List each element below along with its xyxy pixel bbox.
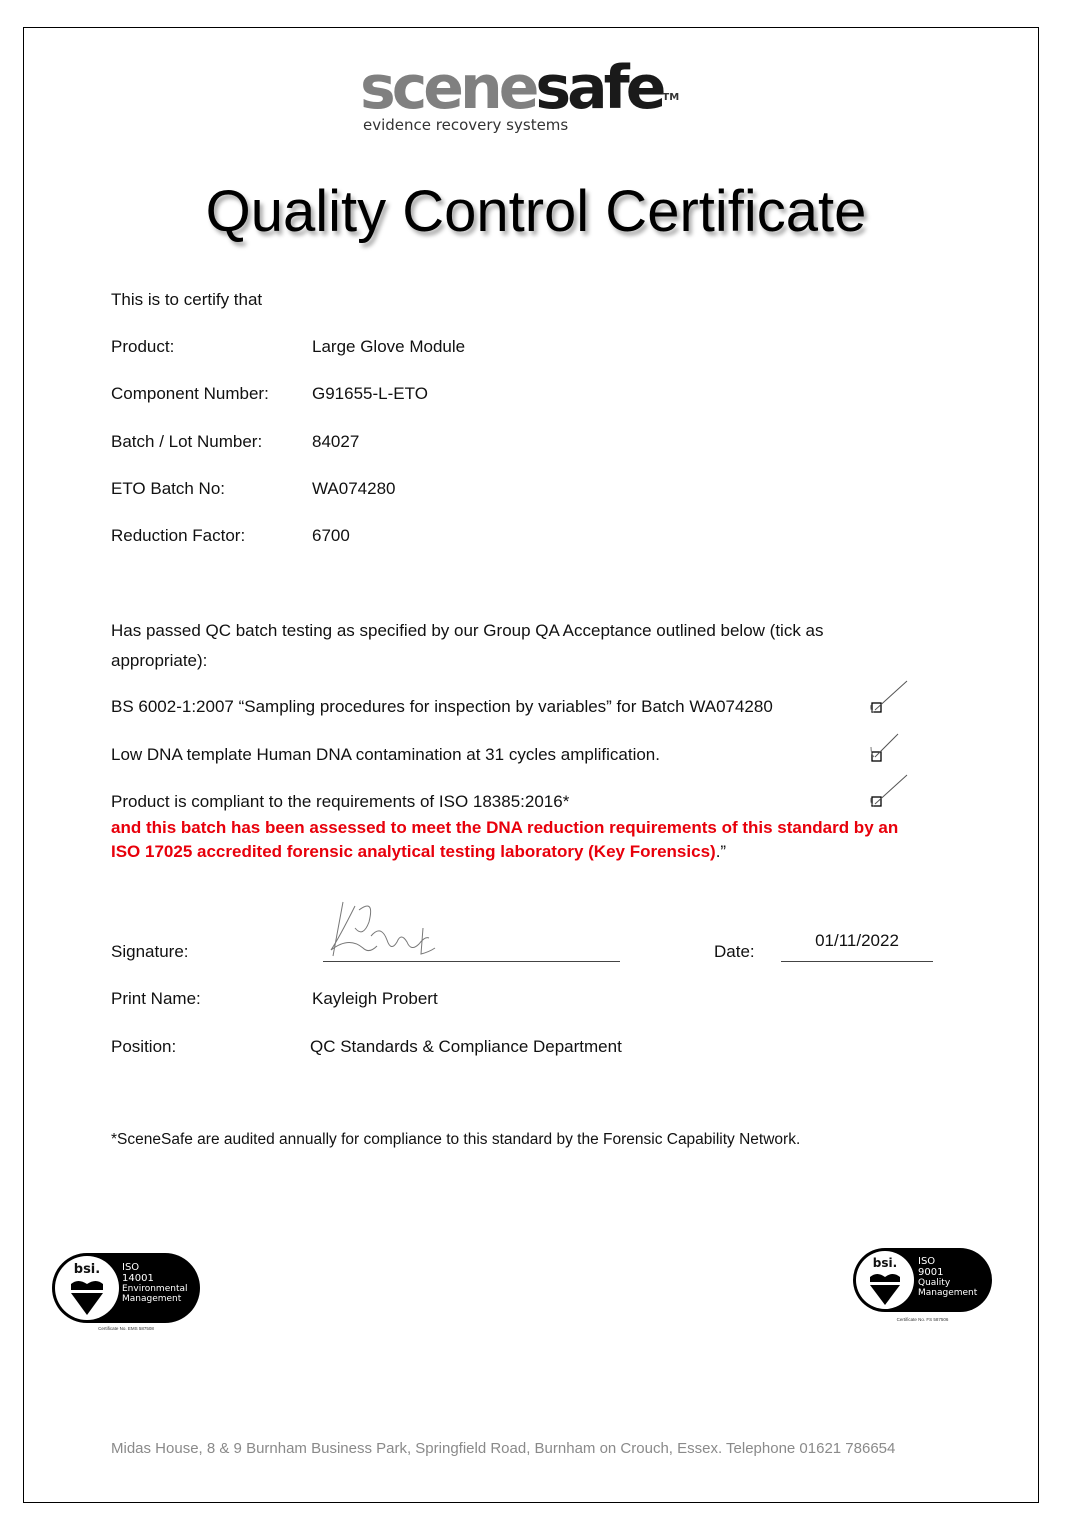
bsi-heart-icon [868,1271,902,1307]
position-label: Position: [111,1037,176,1057]
field-value-reduction-factor: 6700 [312,526,350,546]
checkbox-low-dna[interactable] [868,730,928,770]
scenesafe-logo: scenesafeTM evidence recovery systems [360,58,705,138]
signature-label: Signature: [111,942,189,962]
intro-text: This is to certify that [111,290,262,310]
check-text-bs6002: BS 6002-1:2007 “Sampling procedures for … [111,697,773,717]
check-text-iso18385: Product is compliant to the requirements… [111,792,569,812]
signature-line [323,960,620,962]
bsi-brand: bsi. [856,1256,914,1270]
iso-note-line2: ISO 17025 accredited forensic analytical… [111,842,716,861]
date-label: Date: [714,942,755,962]
footer-address: Midas House, 8 & 9 Burnham Business Park… [111,1439,895,1459]
check-text-low-dna: Low DNA template Human DNA contamination… [111,745,660,765]
checkbox-iso18385[interactable] [868,772,928,812]
checkbox-bs6002[interactable] [868,680,928,720]
badge-standard-number: 9001 [918,1267,977,1278]
badge-subcategory: Management [122,1294,187,1304]
logo-scene-text: scene [360,53,535,123]
badge-subcategory: Management [918,1288,977,1298]
iso-note-suffix: .” [716,842,726,861]
field-label-batch-lot: Batch / Lot Number: [111,432,262,452]
date-line [781,960,933,962]
badge-circle: bsi. [55,1256,119,1320]
checkmark-icon [868,772,928,812]
passed-text-line1: Has passed QC batch testing as specified… [111,621,824,641]
badge-iso-label: ISO [918,1256,977,1267]
checkmark-icon [868,680,928,720]
page-title: Quality Control Certificate [0,178,1072,246]
badge-category: Environmental [122,1284,187,1294]
field-value-product: Large Glove Module [312,337,465,357]
audit-note: *SceneSafe are audited annually for comp… [111,1130,800,1150]
iso-note-line1: and this batch has been assessed to meet… [111,818,898,838]
badge-category: Quality [918,1278,977,1288]
field-value-batch-lot: 84027 [312,432,359,452]
field-label-product: Product: [111,337,174,357]
passed-text-line2: appropriate): [111,651,207,671]
badge-text: ISO 14001 Environmental Management [122,1262,187,1304]
field-value-eto-batch: WA074280 [312,479,395,499]
logo-safe-text: safe [535,53,662,123]
logo-trademark: TM [662,92,679,103]
position-value: QC Standards & Compliance Department [310,1037,622,1057]
badge-text: ISO 9001 Quality Management [918,1256,977,1298]
field-value-component-number: G91655-L-ETO [312,384,428,404]
badge-iso-label: ISO [122,1262,187,1273]
iso-note-line2-wrapper: ISO 17025 accredited forensic analytical… [111,842,726,862]
badge-circle: bsi. [856,1251,914,1309]
print-name-value: Kayleigh Probert [312,989,438,1009]
badge-standard-number: 14001 [122,1273,187,1284]
date-value: 01/11/2022 [781,931,933,951]
print-name-label: Print Name: [111,989,201,1009]
checkmark-icon [868,730,928,770]
field-label-component-number: Component Number: [111,384,269,404]
field-label-eto-batch: ETO Batch No: [111,479,225,499]
field-label-reduction-factor: Reduction Factor: [111,526,245,546]
bsi-iso9001-badge: bsi. ISO 9001 Quality Management Certifi… [853,1248,1003,1320]
signature-image [325,898,445,960]
bsi-iso14001-badge: bsi. ISO 14001 Environmental Management … [52,1253,202,1325]
bsi-heart-icon [69,1278,105,1316]
badge-certificate-number: Certificate No. EMS 587508 [52,1326,200,1331]
bsi-brand: bsi. [55,1262,119,1277]
badge-certificate-number: Certificate No. FS 587506 [853,1317,992,1322]
